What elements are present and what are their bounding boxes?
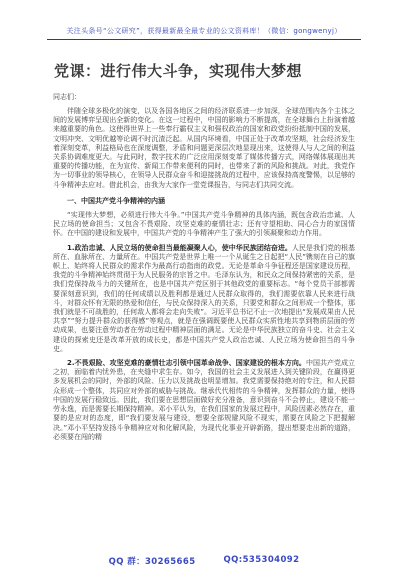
paragraph-point-1-text: 人民是我们党的根基所在、血脉所在、力量所在。中国共产党是世界上唯一一个从诞生之日… — [53, 244, 355, 353]
paragraph-intro-text: 伴随全球多极化的演变，以及各国各地区之间的经济联系进一步加深，全球范围内各个主体… — [53, 107, 355, 189]
page-title: 党课：进行伟大斗争，实现伟大梦想 — [54, 60, 354, 81]
document-page: 关注头条号“公文研究”，获得最新最全最专业的公文资料库！（微信：gongweny… — [0, 0, 408, 580]
page-header: 关注头条号“公文研究”，获得最新最全最专业的公文资料库！（微信：gongweny… — [0, 0, 408, 40]
paragraph-connotation: “实现伟大梦想，必须进行伟大斗争。”中国共产党斗争精神的具体内涵，既包含政治忠诚… — [53, 211, 355, 239]
qq-number: QQ:535304092 — [224, 555, 300, 567]
page-footer: QQ 群：30265665 QQ:535304092 — [0, 555, 408, 567]
qq-group-number: QQ 群：30265665 — [109, 555, 196, 567]
paragraph-point-2: 2.不畏艰险、攻坚克难的豪情壮志引领中国革命战争、国家建设的根本方向。中国共产党… — [53, 359, 355, 442]
paragraph-intro: 伴随全球多极化的演变，以及各国各地区之间的经济联系进一步加深，全球范围内各个主体… — [53, 107, 355, 190]
paragraph-point-1: 1.政治忠诚、人民立场的使命担当最能凝聚人心，使中华民族团结奋进。人民是我们党的… — [53, 244, 355, 354]
paragraph-point-2-lead: 2.不畏艰险、攻坚克难的豪情壮志引领中国革命战争、国家建设的根本方向。 — [67, 359, 306, 367]
paragraph-connotation-text: “实现伟大梦想，必须进行伟大斗争。”中国共产党斗争精神的具体内涵，既包含政治忠诚… — [53, 211, 355, 237]
section-heading-1: 一、中国共产党斗争精神的内涵 — [53, 197, 355, 206]
salutation: 同志们： — [53, 92, 355, 102]
paragraph-point-2-text: 中国共产党成立之初，面临着内忧外患，在夹缝中求生存。如今，我国的社会主义发展进入… — [53, 359, 355, 441]
header-rule: 关注头条号“公文研究”，获得最新最全最专业的公文资料库！（微信：gongweny… — [47, 26, 361, 40]
paragraph-point-1-lead: 1.政治忠诚、人民立场的使命担当最能凝聚人心，使中华民族团结奋进。 — [67, 244, 292, 252]
header-notice: 关注头条号“公文研究”，获得最新最全最专业的公文资料库！（微信：gongweny… — [47, 26, 361, 36]
